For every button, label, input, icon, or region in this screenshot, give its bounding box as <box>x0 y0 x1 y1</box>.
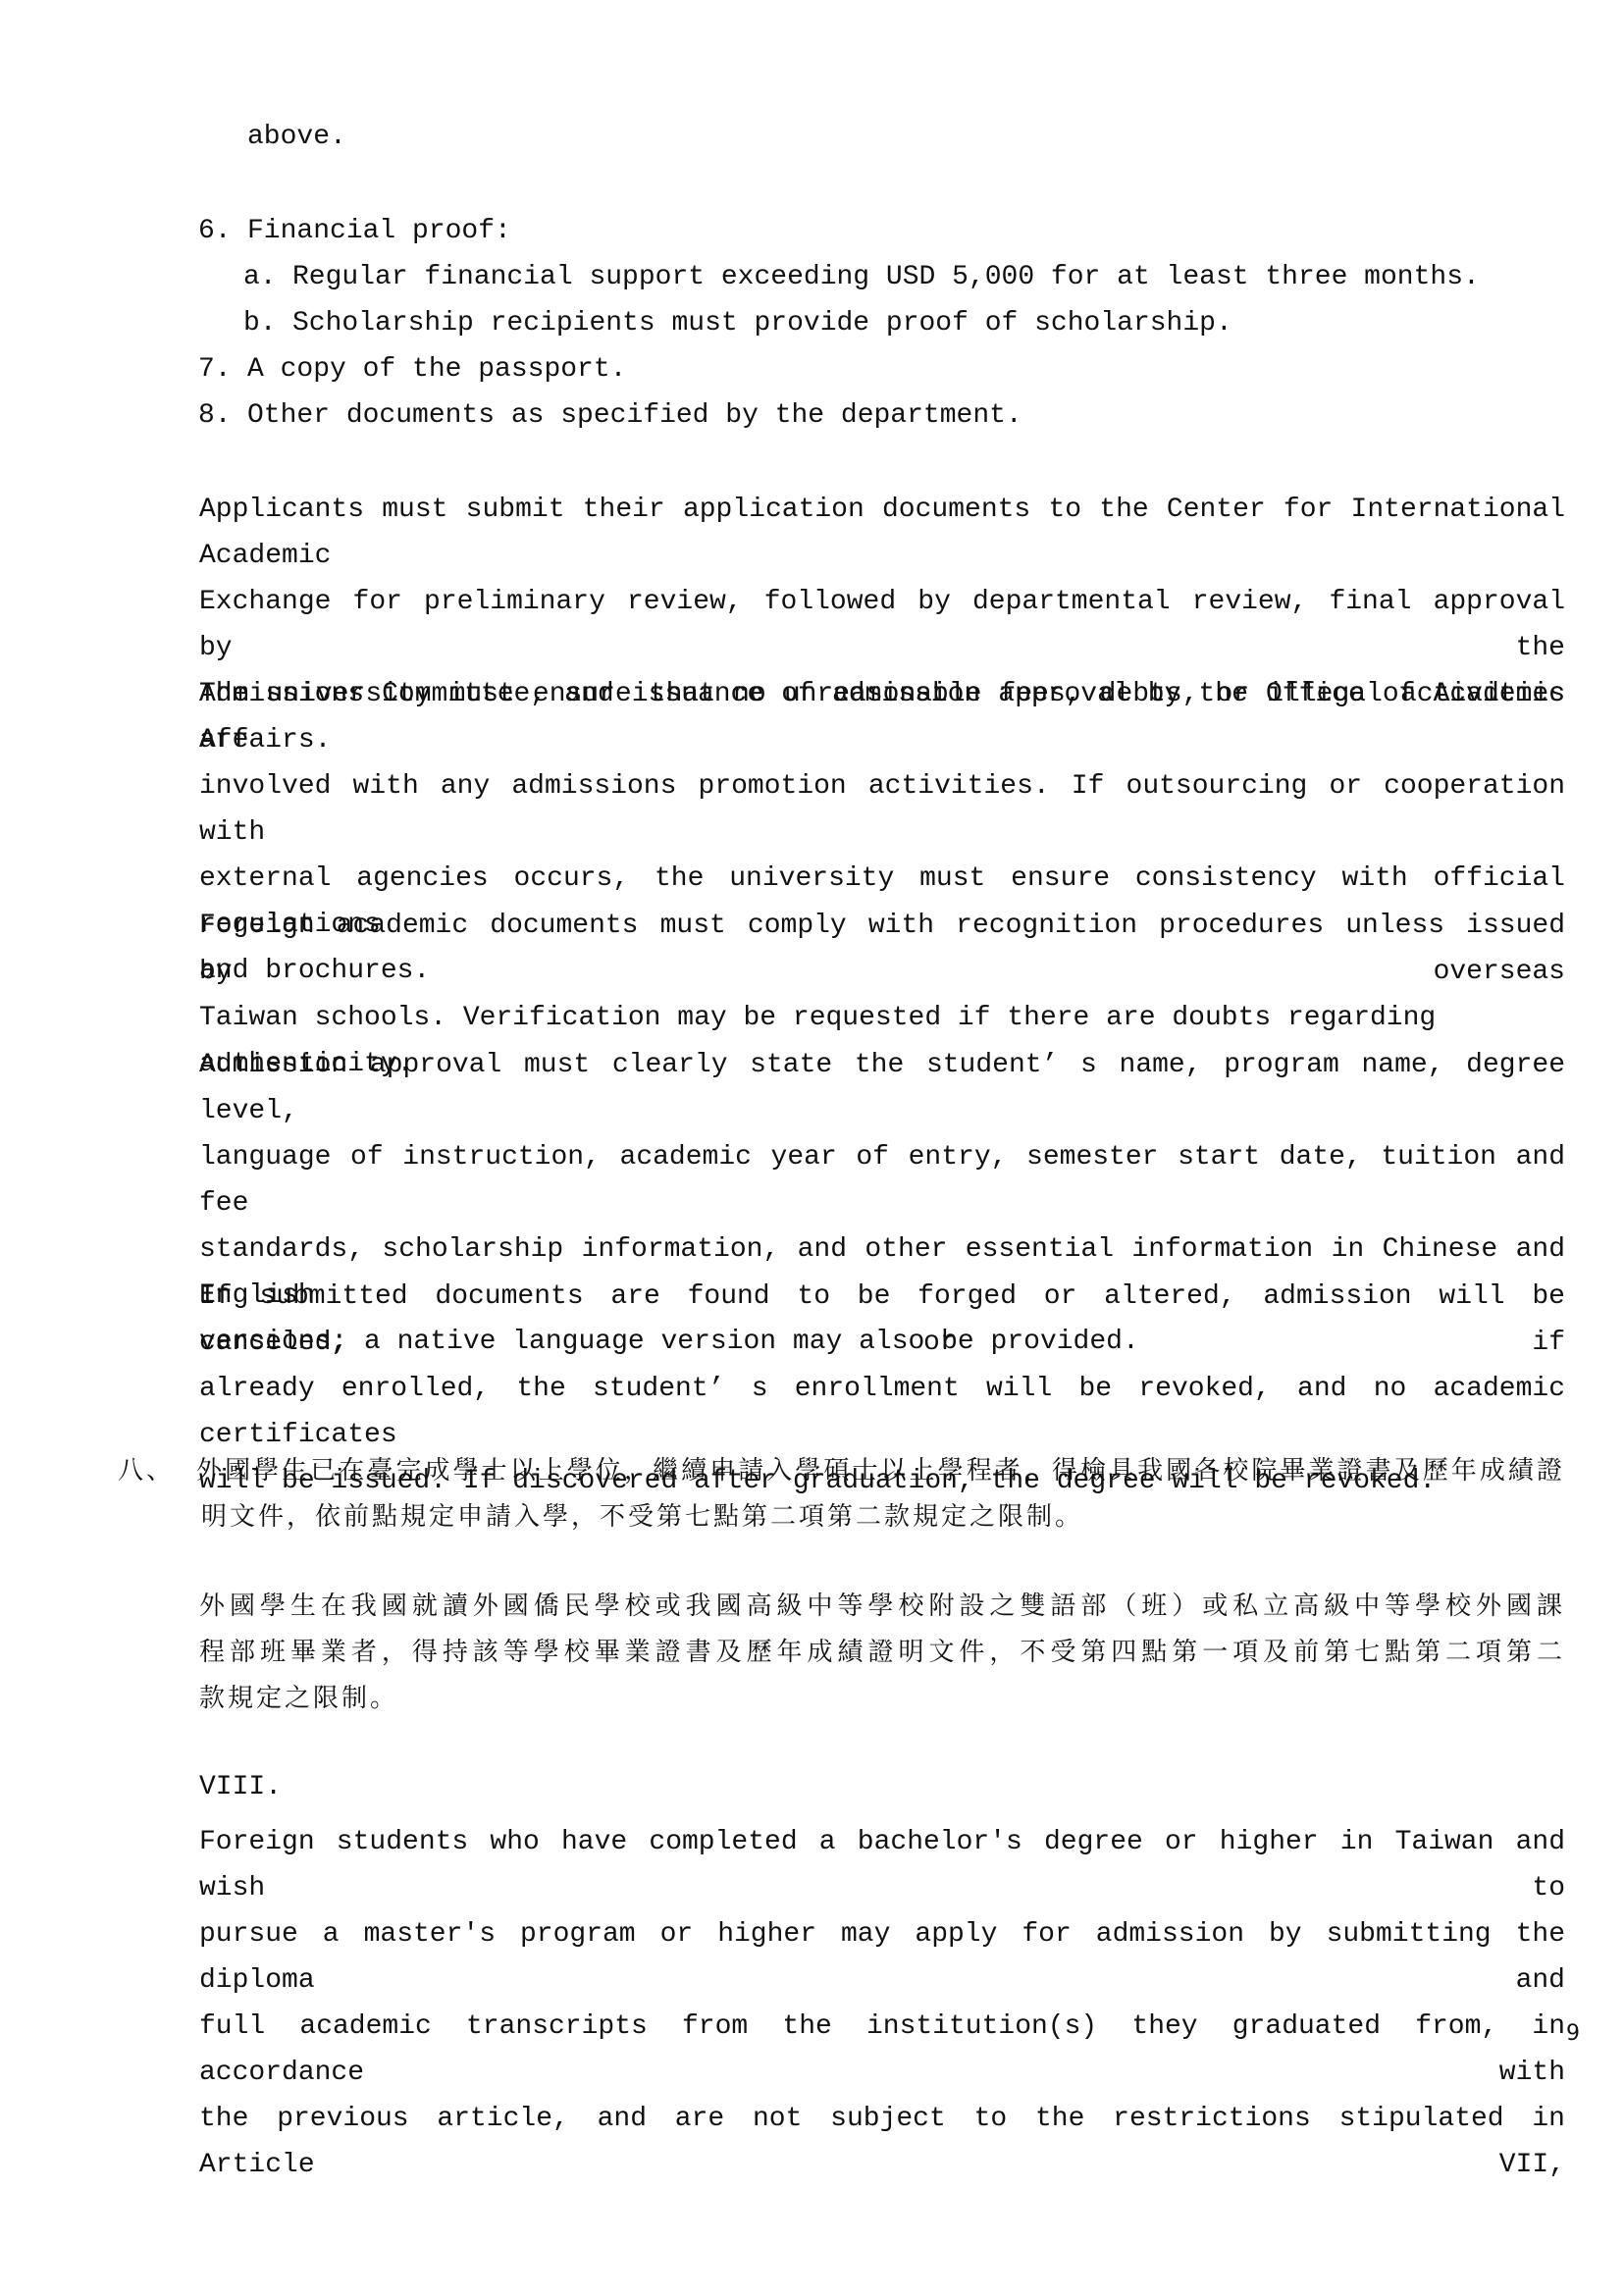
paragraph-line: Admission approval must clearly state th… <box>199 1042 1565 1134</box>
paragraph-line: pursue a master's program or higher may … <box>199 1911 1565 2004</box>
paragraph-line: already enrolled, the student’ s enrollm… <box>199 1366 1565 1458</box>
paragraph-line: The university must ensure that no unrea… <box>199 671 1565 763</box>
paragraph-line: Foreign students who have completed a ba… <box>199 1819 1565 1911</box>
article-8-marker: 八、 <box>118 1448 175 1494</box>
paragraph-line: language of instruction, academic year o… <box>199 1134 1565 1226</box>
paragraph-line: involved with any admissions promotion a… <box>199 763 1565 856</box>
continuation-text: above. <box>247 122 346 153</box>
paragraph-line: Exchange for preliminary review, followe… <box>199 579 1565 671</box>
paragraph-line: Applicants must submit their application… <box>199 487 1565 579</box>
paragraph-line: 外國學生在我國就讀外國僑民學校或我國高級中等學校附設之雙語部（班）或私立高級中等… <box>199 1584 1565 1630</box>
list-item: A copy of the passport. <box>247 354 626 386</box>
list-marker: 7. <box>198 354 232 386</box>
paragraph-line: 外國學生已在臺完成學士以上學位，繼續申請入學碩士以上學程者，得檢具我國各校院畢業… <box>196 1448 1565 1494</box>
list-item: Other documents as specified by the depa… <box>247 400 1022 432</box>
article-8-zh-text: 外國學生已在臺完成學士以上學位，繼續申請入學碩士以上學程者，得檢具我國各校院畢業… <box>196 1448 1565 1540</box>
paragraph-line: the previous article, and are not subjec… <box>199 2096 1565 2188</box>
list-marker: 6. <box>198 216 232 247</box>
list-item: Scholarship recipients must provide proo… <box>292 308 1232 339</box>
article-8-zh-paragraph-2: 外國學生在我國就讀外國僑民學校或我國高級中等學校附設之雙語部（班）或私立高級中等… <box>199 1584 1565 1722</box>
paragraph-line: full academic transcripts from the insti… <box>199 2004 1565 2096</box>
list-marker: a. <box>243 262 277 293</box>
article-8-en-text: Foreign students who have completed a ba… <box>199 1819 1565 2188</box>
page-number: 9 <box>1566 2021 1580 2046</box>
article-8-en-heading: VIII. <box>199 1772 282 1803</box>
paragraph-line: Foreign academic documents must comply w… <box>199 903 1565 995</box>
paragraph-line: 程部班畢業者，得持該等學校畢業證書及歷年成績證明文件，不受第四點第一項及前第七點… <box>199 1630 1565 1676</box>
paragraph-line: 款規定之限制。 <box>199 1676 1565 1722</box>
list-marker: 8. <box>198 400 232 432</box>
list-marker: b. <box>243 308 277 339</box>
list-item: Financial proof: <box>247 216 511 247</box>
paragraph-line: 明文件，依前點規定申請入學，不受第七點第二項第二款規定之限制。 <box>196 1494 1565 1540</box>
list-item: Regular financial support exceeding USD … <box>292 262 1480 293</box>
paragraph-line: If submitted documents are found to be f… <box>199 1274 1565 1366</box>
